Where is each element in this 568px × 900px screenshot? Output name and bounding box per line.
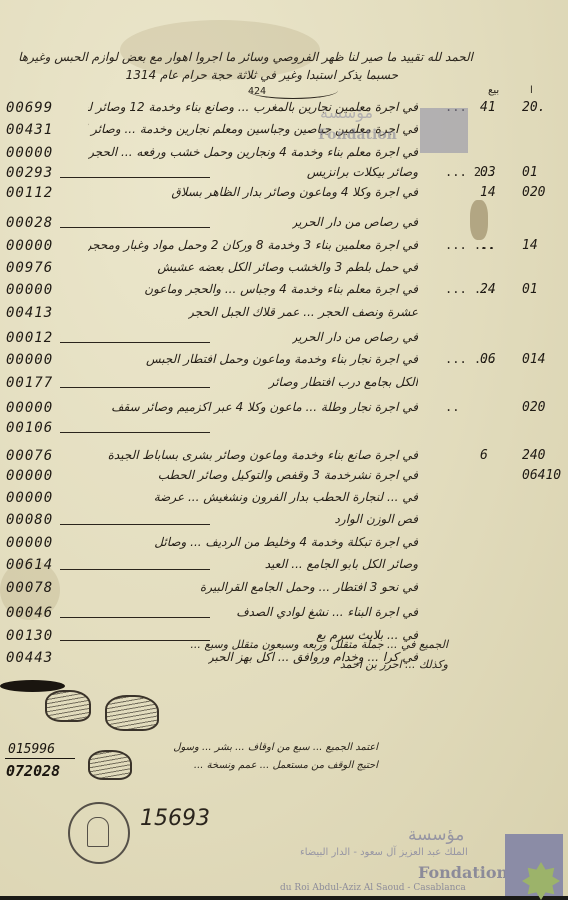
ledger-row: 00106 [0,420,568,442]
row-amount: 00000 [6,490,53,506]
row-amount: 00431 [6,122,53,138]
row-col3: 240 [522,448,545,463]
ledger-row: 00028في رصاص من دار الحرير [0,215,568,237]
row-amount: 00028 [6,215,53,231]
row-filler-dash [60,177,210,178]
ledger-row: 00431في اجرة معلمين جباصين وجباسين ومعلم… [0,122,568,144]
row-col2: 24 [480,282,496,297]
ledger-row: 00076في اجرة صانع بناء وخدمة وماعون وصائ… [0,448,568,470]
row-col3: 020 [522,400,545,415]
row-description: في حمل بلطم 3 والخشب وصائر الكل بعضه عشي… [157,260,418,274]
row-amount: 00699 [6,100,53,116]
watermark-arabic-title: مؤسسة [320,103,373,122]
seal-emblem-icon [87,817,109,847]
row-amount: 00000 [6,400,53,416]
row-description: الكل بجامع درب افتطار وصائر [268,375,418,389]
ledger-row: 00000في اجرة معلم بناء وخدمة 4 ونجارين و… [0,145,568,167]
row-filler-dash [60,617,210,618]
row-amount: 00080 [6,512,53,528]
row-amount: 00106 [6,420,53,436]
row-amount: 00112 [6,185,53,201]
row-amount: 00000 [6,468,53,484]
row-col1: .. [445,400,459,414]
row-amount: 00130 [6,628,53,644]
ink-stamp [105,695,159,731]
watermark-french-title: Fondation [318,127,397,143]
ledger-row: 00080فص الوزن الوارد [0,512,568,534]
row-amount: 00012 [6,330,53,346]
summary-line-1: الجميع في ... جملة متقلل وربعه وسبعون مت… [190,638,448,651]
row-filler-dash [60,387,210,388]
ink-stamp [45,690,91,722]
total-2: 072028 [6,762,60,780]
row-col2: 14 [480,185,496,200]
column-header-2: ا [530,85,533,96]
row-description: في اجرة نشرخدمة 3 وقفص والتوكيل وصائر ال… [158,468,418,482]
closing-line-1: اعتمد الجميع ... سبع من اوقاف ... بشر ..… [173,742,378,753]
row-amount: 00000 [6,238,53,254]
ink-stamp [88,750,132,780]
total-1: 015996 [8,742,55,757]
row-col3: 01 [522,165,538,180]
row-description: في اجرة معلم بناء وخدمة 4 وجباس ... والح… [144,282,418,296]
fondation-logo-square-icon [420,108,468,153]
ledger-row: 00000في اجرة نجار بناء وخدمة وماعون وحمل… [0,352,568,374]
row-amount: 00078 [6,580,53,596]
row-description: وصائر الكل بابو الجامع ... العيد [265,557,418,571]
row-col3: 20. [522,100,545,115]
row-description: في اجرة وكلا 4 وماعون وصائر بدار الظاهر … [171,185,418,199]
row-amount: 00000 [6,282,53,298]
row-filler-dash [60,432,210,433]
ledger-row: 00000في اجرة نشرخدمة 3 وقفص والتوكيل وصا… [0,468,568,490]
row-amount: 00443 [6,650,53,666]
ledger-row: 00413عشرة ونصف الحجر ... عمر قلاك الجبل … [0,305,568,327]
row-filler-dash [60,524,210,525]
row-description: في نحو 3 افتطار ... وحمل الجامع القرالبي… [200,580,418,594]
row-description: في اجرة صانع بناء وخدمة وماعون وصائر بشر… [108,448,418,462]
ledger-row: 00000في اجرة نجار وطلة ... ماعون وكلا 4 … [0,400,568,422]
total-rule [5,758,75,759]
row-description: وصائر بيكلات برانزيس [307,165,418,179]
row-filler-dash [60,342,210,343]
row-amount: 00177 [6,375,53,391]
row-description: في ... لنجارة الحطب بدار الفرون ونشغيش .… [154,490,418,504]
ledger-row: 00293وصائر بيكلات برانزيس... 2..0301 [0,165,568,187]
row-col2: 03 [480,165,496,180]
row-filler-dash [60,569,210,570]
row-amount: 00000 [6,352,53,368]
ledger-row: 00112في اجرة وكلا 4 وماعون وصائر بدار ال… [0,185,568,207]
row-col3: 06410 [522,468,561,483]
column-header-1: بيع [488,85,499,96]
row-amount: 00293 [6,165,53,181]
ledger-row: 00078في نحو 3 افتطار ... وحمل الجامع الق… [0,580,568,602]
watermark-arabic-subtitle: الملك عبد العزيز آل سعود - الدار البيضاء [300,847,468,858]
ledger-row: 00000في اجرة معلم بناء وخدمة 4 وجباس ...… [0,282,568,304]
row-col2: .. [480,238,496,253]
row-col3: 020 [522,185,545,200]
header-line-1: الحمد لله تقييد ما صير لنا ظهر الفروصي و… [18,50,473,64]
fondation-logo-star-icon [522,862,560,900]
row-filler-dash [60,640,210,641]
ledger-row: 00976في حمل بلطم 3 والخشب وصائر الكل بعض… [0,260,568,282]
ledger-row: 00443في كرا ... وخدام وروافق ... اكل بهز… [0,650,568,672]
row-description: في اجرة نجار بناء وخدمة وماعون وحمل افتط… [146,352,418,366]
watermark-arabic-title: مؤسسة [408,825,464,845]
row-description: في اجرة معلمين بناء 3 وخدمة 8 وركان 2 وح… [88,238,418,252]
header-superscript: 424 [248,86,266,97]
row-description: في اجرة معلم بناء وخدمة 4 ونجارين وحمل خ… [88,145,418,159]
row-amount: 00000 [6,535,53,551]
ledger-row: 00177الكل بجامع درب افتطار وصائر [0,375,568,397]
watermark-french-title: Fondation [418,863,508,882]
ledger-row: 00699في اجرة معلمين نجارين بالمغرب ... و… [0,100,568,122]
row-description: في رصاص من دار الحرير [292,330,419,344]
row-description: في اجرة البناء ... نشغ لوادي الصدف [236,605,418,619]
row-description: عشرة ونصف الحجر ... عمر قلاك الجبل الحجر [188,305,418,319]
row-col2: 06 [480,352,496,367]
row-amount: 00614 [6,557,53,573]
header-line-2: حسبما يذكر استبدا وغير في ثلاثة حجة حرام… [126,68,398,82]
row-description: فص الوزن الوارد [334,512,418,526]
row-description: في رصاص من دار الحرير [292,215,419,229]
closing-line-2: احتيج الوقف من مستعمل ... عمم ونسخة ... [194,760,378,771]
row-col3: 14 [522,238,538,253]
inventory-number: 15693 [140,806,210,831]
summary-line-2: وكذلك ... احرر بن احمد [340,658,448,671]
ledger-row: 00614وصائر الكل بابو الجامع ... العيد [0,557,568,579]
row-amount: 00000 [6,145,53,161]
manuscript-page: الحمد لله تقييد ما صير لنا ظهر الفروصي و… [0,0,568,896]
watermark-french-subtitle: du Roi Abdul-Aziz Al Saoud - Casablanca [280,883,466,893]
row-amount: 00046 [6,605,53,621]
row-col2: 41 [480,100,496,115]
row-filler-dash [60,227,210,228]
ledger-row: 00012في رصاص من دار الحرير [0,330,568,352]
ink-blot [0,680,65,692]
row-description: في اجرة تبكلة وخدمة 4 وخليط من الرديف ..… [154,535,418,549]
row-amount: 00076 [6,448,53,464]
row-description: في اجرة نجار وطلة ... ماعون وكلا 4 عبر ا… [111,400,418,414]
row-col2: 6 [480,448,488,463]
library-seal [68,802,130,864]
ledger-row: 00046في اجرة البناء ... نشغ لوادي الصدف [0,605,568,627]
ledger-row: 00000في اجرة تبكلة وخدمة 4 وخليط من الرد… [0,535,568,557]
row-col3: 01 [522,282,538,297]
row-amount: 00413 [6,305,53,321]
ledger-row: 00000في ... لنجارة الحطب بدار الفرون ونش… [0,490,568,512]
row-col3: 014 [522,352,545,367]
row-amount: 00976 [6,260,53,276]
ledger-row: 00000في اجرة معلمين بناء 3 وخدمة 8 وركان… [0,238,568,260]
